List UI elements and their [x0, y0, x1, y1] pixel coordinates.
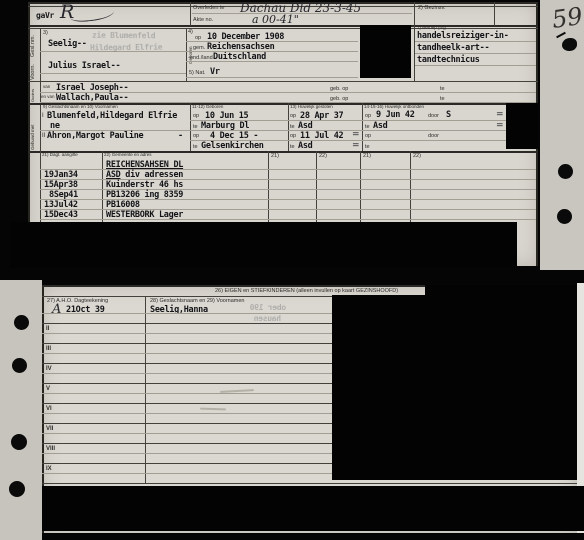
punch-hole-right-2 — [557, 209, 572, 224]
row-label-V: V — [46, 386, 50, 393]
marriage-row2-geb-te: Gelsenkirchen — [201, 142, 264, 151]
marriage-vline-1 — [190, 103, 191, 151]
birth-num: 4) — [188, 29, 193, 35]
marriage-header-geboren: 11-12) Geboren — [192, 105, 223, 110]
redaction-box-marriage — [506, 103, 538, 149]
row2-huw-op-label: op — [290, 133, 296, 139]
nat-value: Vr — [210, 68, 220, 77]
address-row-4-date: 8Sep41 — [49, 191, 78, 200]
marriage-row2-name-dash: - — [178, 132, 183, 141]
row-label-VI: VI — [46, 406, 52, 413]
row1-geb-op-label: op — [193, 113, 199, 119]
parents-en-label: en van — [41, 95, 55, 100]
gezinsv-label: 2) Gezinsv. — [418, 5, 445, 11]
address-row-5-date: 13Jul42 — [44, 201, 78, 210]
row-label-IX: IX — [46, 466, 52, 473]
scanned-registration-card: gaVr R Overleden te Dachau Dld 23-3-45 A… — [0, 0, 584, 540]
birth-rule-2 — [186, 51, 358, 52]
surname-rotated-label: Gesl.nm. — [30, 33, 36, 57]
address-header-22a: 22) — [319, 153, 327, 159]
address-vline-3 — [316, 151, 317, 222]
marriage-row1-ontb-door: S — [446, 111, 451, 120]
beroep-rule-1 — [415, 41, 536, 42]
punch-hole-right-1 — [558, 164, 573, 179]
beroep-line-3: tandtechnicus — [417, 56, 480, 65]
given-value: Julius Israel-- — [48, 62, 120, 71]
address-vline-2 — [268, 151, 269, 222]
nat-rule — [186, 77, 358, 78]
address-row-2-addr-rest: div adressen — [120, 170, 183, 180]
header-vline-3 — [494, 2, 495, 26]
col28-header: 28) Geslachtsnaam en 29) Voornamen — [150, 298, 244, 304]
punch-hole-left-4 — [9, 481, 25, 497]
marriage-vline-2 — [288, 103, 289, 151]
marriage-row2-huw-te-mark: = — [352, 141, 360, 151]
address-row-2-date: 19Jan34 — [44, 171, 78, 180]
punch-hole-left-1 — [14, 315, 29, 330]
beroep-rule-2 — [415, 53, 536, 54]
marriage-rule-1 — [190, 120, 538, 121]
address-row-1-addr: REICHENSAHSEN DL — [106, 161, 183, 170]
punch-hole-left-2 — [12, 358, 27, 373]
archival-number: 59 — [550, 2, 584, 34]
row-label-III: III — [46, 346, 51, 353]
nat-label: 5) Nat. — [189, 70, 206, 76]
top-card-right-margin — [540, 0, 584, 270]
address-vline-5 — [410, 151, 411, 222]
address-row-2-addr: ASD div adressen — [106, 171, 183, 180]
address-vline-1 — [102, 151, 103, 222]
marriage-row1-ontb-op: 9 Jun 42 — [376, 111, 415, 120]
bottom-bleedthrough-2: hausen — [254, 315, 281, 323]
marriage-row2-huw-op-mark: = — [352, 130, 360, 140]
row-label-II: II — [46, 326, 49, 333]
address-vline-0 — [40, 151, 41, 222]
beroep-line-1: handelsreiziger-in- — [417, 32, 509, 41]
marriage-rule-3 — [190, 140, 538, 141]
brow-line-9 — [42, 483, 577, 484]
children-section-header: 26) EIGEN en STIEFKINDEREN (alleen invul… — [215, 288, 398, 294]
redaction-box-bottom-card — [332, 295, 577, 480]
address-row-3-addr: Kuinderstr 46 hs — [106, 181, 183, 190]
marriage-row1-name: Blumenfeld,Hildegard Elfrie — [47, 112, 177, 121]
row1-huw-op-label: op — [290, 113, 296, 119]
row-label-IV: IV — [46, 366, 52, 373]
ink-blot — [562, 38, 577, 51]
row2-geb-te-label: te — [193, 144, 198, 150]
parents-top-rule — [28, 81, 538, 82]
row2-geb-op-label: op — [193, 133, 199, 139]
redaction-box-birth — [360, 25, 411, 78]
identity-vline — [40, 28, 41, 151]
bottom-card-vline — [145, 296, 146, 483]
address-row-5-addr: PB16008 — [106, 201, 140, 210]
marriage-row2-huw-te: Asd — [298, 142, 312, 151]
row2-ontb-door-label: door — [428, 133, 439, 139]
birth-vline — [186, 28, 187, 81]
header-vline-2 — [414, 2, 415, 26]
address-row-2-addr-underlined: ASD — [106, 170, 120, 180]
beroep-rule-3 — [415, 65, 536, 66]
address-header-22b: 22) — [413, 153, 421, 159]
punch-hole-left-3 — [11, 434, 27, 450]
akte-label: Akte no. — [193, 17, 213, 23]
marriage-row1-marker: I — [42, 113, 44, 120]
redaction-box-bottom-of-top-card — [10, 222, 517, 268]
beroep-line-2: tandheelk-art-- — [417, 44, 489, 53]
row1-ontb-op-label: op — [365, 113, 371, 119]
birth-rule-1 — [186, 41, 358, 42]
marriage-row1-ontb-op-mark: = — [496, 110, 504, 120]
marriage-row2-name: Ahron,Margot Pauline — [47, 132, 143, 141]
marriage-rotated-label: Gehuwd met — [30, 108, 35, 150]
row-label-VIII: VIII — [46, 446, 55, 453]
given-rotated-label: Voorn. — [30, 60, 36, 80]
address-header-date: 21) Dagt. aangifte — [42, 153, 78, 158]
bleedthrough-text-1: zie Blumenfeld — [92, 32, 155, 41]
child-row-hand-mark: A — [52, 302, 61, 317]
address-vline-4 — [360, 151, 361, 222]
akte-value: a 00-41" — [252, 13, 299, 26]
row-label-VII: VII — [46, 426, 53, 433]
parents-van-label: van — [43, 85, 50, 90]
marriage-row2-marker: II — [42, 133, 45, 140]
identity-num: 3) — [43, 30, 48, 36]
address-header-addr: 22) Gemeente en adres — [104, 153, 152, 158]
redaction-band-bottom — [42, 486, 584, 531]
bottom-bleedthrough-1: ober 190 — [250, 304, 286, 312]
given-rule — [40, 73, 186, 74]
address-row-3-date: 15Apr38 — [44, 181, 78, 190]
marriage-header-name: 9) Geslachtsnaam en 10) Voornamen — [43, 105, 118, 110]
row2-ontb-te-label: te — [365, 144, 370, 150]
address-header-21b: 21) — [363, 153, 371, 159]
address-row-4-addr: PB13206 ing 8359 — [106, 191, 183, 200]
row2-ontb-op-label: op — [365, 133, 371, 139]
corner-code-typed: gaVr — [36, 12, 54, 20]
marriage-vline-3 — [362, 103, 363, 151]
header-band-rule-2 — [28, 28, 538, 29]
bleedthrough-text-2: Hildegard Elfrie — [90, 44, 162, 53]
address-row-6-addr: WESTERBORK Lager — [106, 211, 183, 220]
birth-rule-3 — [186, 61, 358, 62]
parents-rule-1 — [40, 92, 536, 93]
overleden-label: Overleden te — [193, 5, 225, 11]
address-row-6-date: 15Dec43 — [44, 211, 78, 220]
header-vline-1 — [190, 2, 191, 26]
row2-huw-te-label: te — [290, 144, 295, 150]
marriage-header-gesloten: 13) Huwelijk gesloten — [290, 105, 333, 110]
address-header-21a: 21) — [271, 153, 279, 159]
parents-rotated-label: Ouders — [30, 84, 35, 102]
row1-ontb-door-label: door — [428, 113, 439, 119]
surname-value: Seelig-- — [48, 40, 87, 49]
